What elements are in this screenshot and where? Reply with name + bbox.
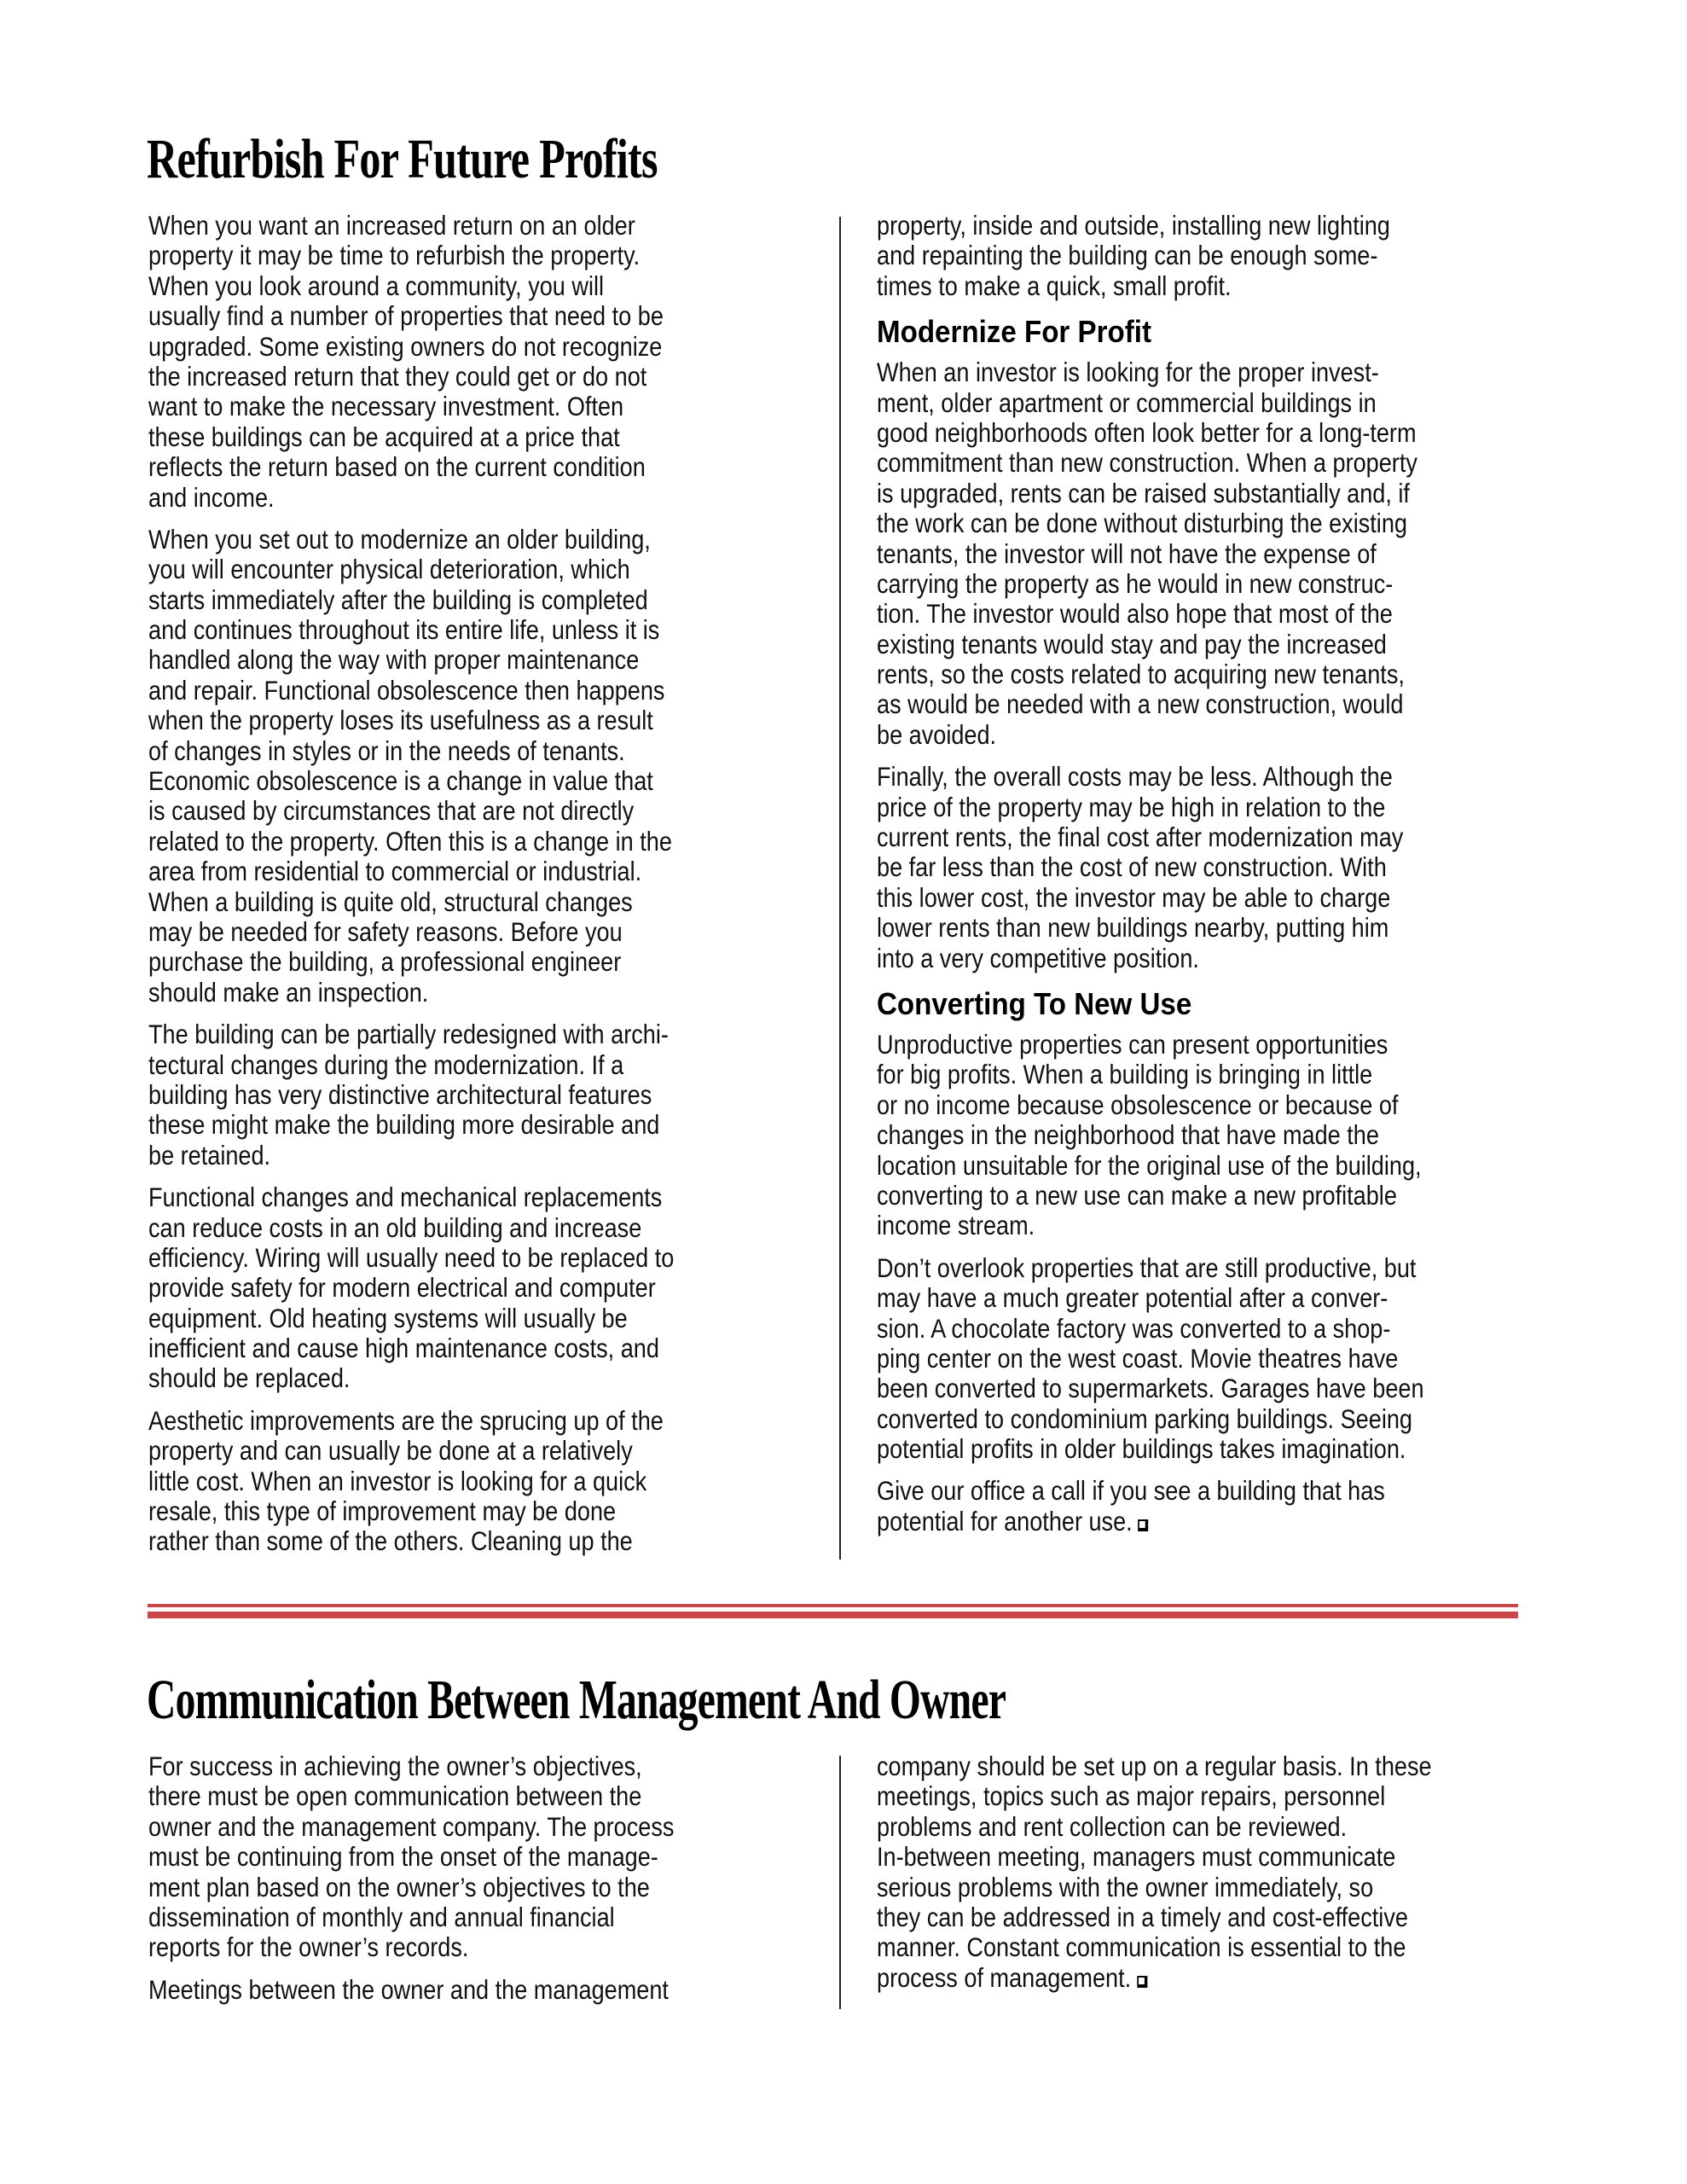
article1-left-column: When you want an increased return on an … bbox=[148, 211, 831, 1569]
text-line: want to make the necessary investment. O… bbox=[148, 392, 735, 421]
text-line: existing tenants would stay and pay the … bbox=[877, 630, 1464, 659]
text-line: ment, older apartment or commercial buil… bbox=[877, 388, 1464, 418]
text-line: be avoided. bbox=[877, 720, 1464, 750]
text-line: When you want an increased return on an … bbox=[148, 211, 735, 241]
text-line: related to the property. Often this is a… bbox=[148, 827, 735, 857]
text-line: into a very competitive position. bbox=[877, 944, 1464, 973]
text-line: Functional changes and mechanical replac… bbox=[148, 1182, 735, 1212]
text-line: price of the property may be high in rel… bbox=[877, 793, 1464, 822]
text-line: For success in achieving the owner’s obj… bbox=[148, 1751, 735, 1781]
text-line: dissemination of monthly and annual fina… bbox=[148, 1902, 735, 1932]
paragraph: When you set out to modernize an older b… bbox=[148, 525, 831, 1008]
article2-left-column: For success in achieving the owner’s obj… bbox=[148, 1751, 831, 2017]
text-line: property and can usually be done at a re… bbox=[148, 1436, 735, 1466]
text-line: of changes in styles or in the needs of … bbox=[148, 736, 735, 766]
text-line: provide safety for modern electrical and… bbox=[148, 1273, 735, 1303]
text-line: rather than some of the others. Cleaning… bbox=[148, 1526, 735, 1556]
text-line: potential for another use. bbox=[877, 1507, 1464, 1536]
end-of-article-icon bbox=[1137, 1976, 1147, 1988]
text-line: good neighborhoods often look better for… bbox=[877, 418, 1464, 448]
text-line: little cost. When an investor is looking… bbox=[148, 1467, 735, 1496]
text-line: efficiency. Wiring will usually need to … bbox=[148, 1243, 735, 1273]
text-line: usually find a number of properties that… bbox=[148, 301, 735, 331]
text-line: Finally, the overall costs may be less. … bbox=[877, 762, 1464, 792]
text-line: tion. The investor would also hope that … bbox=[877, 599, 1464, 629]
paragraph: Aesthetic improvements are the sprucing … bbox=[148, 1406, 831, 1557]
paragraph: property, inside and outside, installing… bbox=[877, 211, 1559, 301]
column-divider bbox=[839, 217, 841, 1560]
text-line: changes in the neighborhood that have ma… bbox=[877, 1120, 1464, 1150]
text-line: may be needed for safety reasons. Before… bbox=[148, 917, 735, 947]
separator-rule-thick bbox=[148, 1612, 1518, 1618]
text-line: The building can be partially redesigned… bbox=[148, 1019, 735, 1049]
text-line: When a building is quite old, structural… bbox=[148, 887, 735, 917]
text-line: current rents, the final cost after mode… bbox=[877, 822, 1464, 852]
text-line: and income. bbox=[148, 483, 735, 513]
text-line: the increased return that they could get… bbox=[148, 362, 735, 392]
paragraph: Don’t overlook properties that are still… bbox=[877, 1253, 1559, 1465]
text-line: When you set out to modernize an older b… bbox=[148, 525, 735, 555]
paragraph: Meetings between the owner and the manag… bbox=[148, 1975, 831, 2005]
text-line: can reduce costs in an old building and … bbox=[148, 1213, 735, 1243]
article2-right-column: company should be set up on a regular ba… bbox=[877, 1751, 1559, 2005]
text-line: converted to condominium parking buildin… bbox=[877, 1404, 1464, 1434]
text-line: is upgraded, rents can be raised substan… bbox=[877, 479, 1464, 508]
text-line: Don’t overlook properties that are still… bbox=[877, 1253, 1464, 1283]
paragraph: Finally, the overall costs may be less. … bbox=[877, 762, 1559, 973]
text-line: serious problems with the owner immediat… bbox=[877, 1873, 1464, 1902]
text-line: upgraded. Some existing owners do not re… bbox=[148, 332, 735, 362]
paragraph: Functional changes and mechanical replac… bbox=[148, 1182, 831, 1394]
text-line: should make an inspection. bbox=[148, 978, 735, 1008]
text-line: when the property loses its usefulness a… bbox=[148, 706, 735, 735]
article-title-communication: Communication Between Management And Own… bbox=[147, 1670, 1006, 1730]
text-line: Give our office a call if you see a buil… bbox=[877, 1476, 1464, 1506]
text-line: starts immediately after the building is… bbox=[148, 585, 735, 615]
text-line: you will encounter physical deterioratio… bbox=[148, 555, 735, 584]
text-line: these might make the building more desir… bbox=[148, 1110, 735, 1140]
text-line: may have a much greater potential after … bbox=[877, 1283, 1464, 1313]
text-line: should be replaced. bbox=[148, 1363, 735, 1393]
subhead-converting: Converting To New Use bbox=[877, 985, 1504, 1023]
text-line: as would be needed with a new constructi… bbox=[877, 689, 1464, 719]
text-line: property, inside and outside, installing… bbox=[877, 211, 1464, 241]
text-line: commitment than new construction. When a… bbox=[877, 448, 1464, 478]
text-line: sion. A chocolate factory was converted … bbox=[877, 1314, 1464, 1344]
paragraph: The building can be partially redesigned… bbox=[148, 1019, 831, 1170]
paragraph: Unproductive properties can present oppo… bbox=[877, 1030, 1559, 1241]
text-line: inefficient and cause high maintenance c… bbox=[148, 1333, 735, 1363]
text-line: or no income because obsolescence or bec… bbox=[877, 1090, 1464, 1120]
text-line: owner and the management company. The pr… bbox=[148, 1812, 735, 1842]
text-line: reflects the return based on the current… bbox=[148, 452, 735, 482]
text-line: tectural changes during the modernizatio… bbox=[148, 1050, 735, 1080]
text-line: meetings, topics such as major repairs, … bbox=[877, 1781, 1464, 1811]
text-line: rents, so the costs related to acquiring… bbox=[877, 659, 1464, 689]
paragraph: When you want an increased return on an … bbox=[148, 211, 831, 513]
text-line: Unproductive properties can present oppo… bbox=[877, 1030, 1464, 1060]
text-line: process of management. bbox=[877, 1963, 1464, 1993]
end-of-article-icon bbox=[1139, 1519, 1149, 1531]
text-line: property it may be time to refurbish the… bbox=[148, 241, 735, 270]
text-line: company should be set up on a regular ba… bbox=[877, 1751, 1464, 1781]
text-line: In-between meeting, managers must commun… bbox=[877, 1842, 1464, 1872]
text-line: they can be addressed in a timely and co… bbox=[877, 1902, 1464, 1932]
text-line: be retained. bbox=[148, 1141, 735, 1170]
text-line: reports for the owner’s records. bbox=[148, 1932, 735, 1962]
text-line: ping center on the west coast. Movie the… bbox=[877, 1344, 1464, 1374]
text-line: must be continuing from the onset of the… bbox=[148, 1842, 735, 1872]
article-title-refurbish: Refurbish For Future Profits bbox=[147, 130, 658, 189]
text-line: area from residential to commercial or i… bbox=[148, 857, 735, 886]
text-line: location unsuitable for the original use… bbox=[877, 1151, 1464, 1181]
modernize-section: When an investor is looking for the prop… bbox=[877, 357, 1559, 973]
text-line: tenants, the investor will not have the … bbox=[877, 539, 1464, 569]
column-divider bbox=[839, 1756, 841, 2009]
text-line: and repainting the building can be enoug… bbox=[877, 241, 1464, 270]
text-line: ment plan based on the owner’s objective… bbox=[148, 1873, 735, 1902]
subhead-modernize: Modernize For Profit bbox=[877, 313, 1504, 351]
text-line: be far less than the cost of new constru… bbox=[877, 852, 1464, 882]
text-line: manner. Constant communication is essent… bbox=[877, 1932, 1464, 1962]
text-line: the work can be done without disturbing … bbox=[877, 508, 1464, 538]
text-line: equipment. Old heating systems will usua… bbox=[148, 1304, 735, 1333]
text-line: carrying the property as he would in new… bbox=[877, 569, 1464, 599]
text-line: handled along the way with proper mainte… bbox=[148, 645, 735, 675]
converting-section: Unproductive properties can present oppo… bbox=[877, 1030, 1559, 1536]
text-line: and continues throughout its entire life… bbox=[148, 615, 735, 645]
text-line: this lower cost, the investor may be abl… bbox=[877, 883, 1464, 913]
text-line: problems and rent collection can be revi… bbox=[877, 1812, 1464, 1842]
text-line: for big profits. When a building is brin… bbox=[877, 1060, 1464, 1089]
intro-continuation: property, inside and outside, installing… bbox=[877, 211, 1559, 301]
text-line: converting to a new use can make a new p… bbox=[877, 1181, 1464, 1211]
separator-rule-thin bbox=[148, 1604, 1518, 1607]
text-line: lower rents than new buildings nearby, p… bbox=[877, 913, 1464, 943]
text-line: Aesthetic improvements are the sprucing … bbox=[148, 1406, 735, 1436]
text-line: times to make a quick, small profit. bbox=[877, 271, 1464, 301]
text-line: income stream. bbox=[877, 1211, 1464, 1240]
text-line: potential profits in older buildings tak… bbox=[877, 1434, 1464, 1464]
text-line: resale, this type of improvement may be … bbox=[148, 1496, 735, 1526]
paragraph: Give our office a call if you see a buil… bbox=[877, 1476, 1559, 1536]
text-line: When an investor is looking for the prop… bbox=[877, 357, 1464, 387]
text-line: is caused by circumstances that are not … bbox=[148, 796, 735, 826]
paragraph: company should be set up on a regular ba… bbox=[877, 1751, 1559, 1993]
paragraph: For success in achieving the owner’s obj… bbox=[148, 1751, 831, 1963]
text-line: building has very distinctive architectu… bbox=[148, 1080, 735, 1110]
text-line: Economic obsolescence is a change in val… bbox=[148, 766, 735, 796]
text-line: these buildings can be acquired at a pri… bbox=[148, 422, 735, 452]
paragraph: When an investor is looking for the prop… bbox=[877, 357, 1559, 750]
text-line: there must be open communication between… bbox=[148, 1781, 735, 1811]
text-line: purchase the building, a professional en… bbox=[148, 947, 735, 977]
text-line: been converted to supermarkets. Garages … bbox=[877, 1374, 1464, 1403]
text-line: When you look around a community, you wi… bbox=[148, 271, 735, 301]
article1-right-column: property, inside and outside, installing… bbox=[877, 211, 1559, 1548]
text-line: and repair. Functional obsolescence then… bbox=[148, 676, 735, 706]
text-line: Meetings between the owner and the manag… bbox=[148, 1975, 735, 2005]
